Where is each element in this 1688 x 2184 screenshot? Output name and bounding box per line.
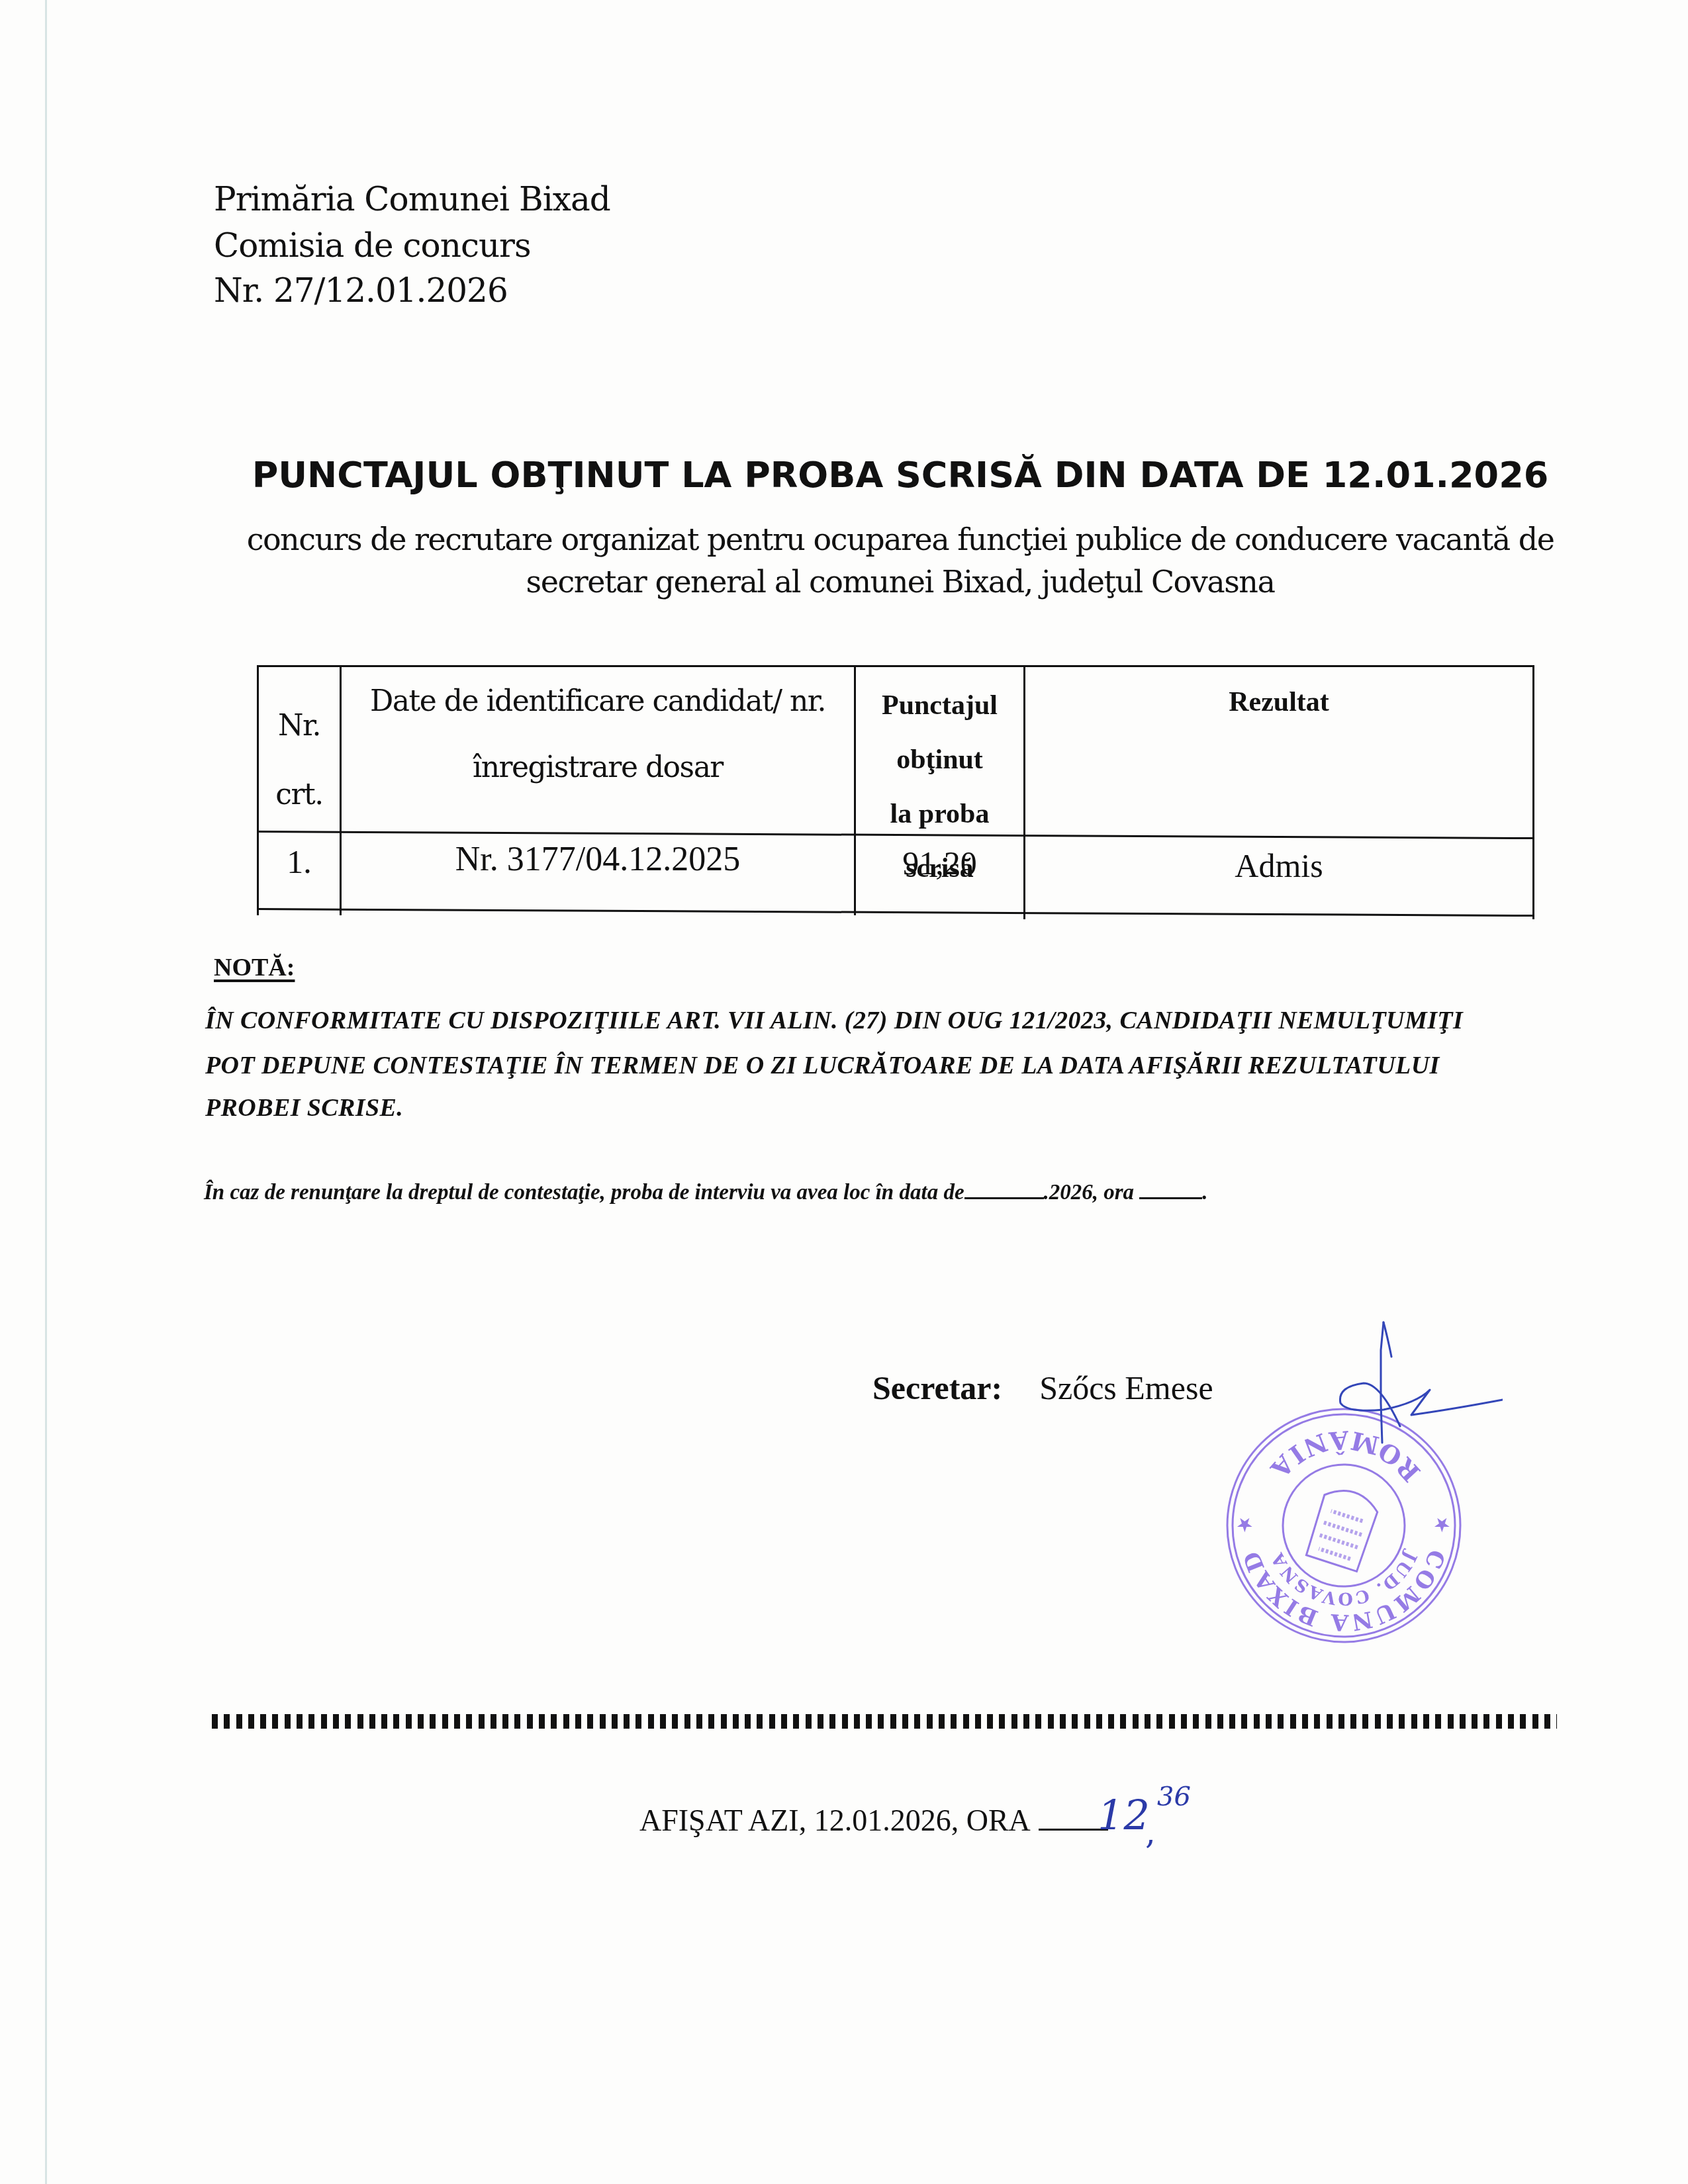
signature-name: Szőcs Emese [1039, 1369, 1213, 1406]
institution-name: Primăria Comunei Bixad [214, 180, 610, 218]
column-header-nr-line1: Nr. [259, 692, 340, 760]
column-header-candidate-line1: Date de identificare candidat/ nr. [342, 668, 854, 735]
handwritten-signature-icon [1317, 1310, 1503, 1456]
column-header-nr-line2: crt. [259, 760, 340, 829]
note-line-2: POT DEPUNE CONTESTAŢIE ÎN TERMEN DE O ZI… [205, 1051, 1440, 1080]
dotted-separator [212, 1714, 1557, 1729]
interview-date-blank [964, 1197, 1044, 1199]
note-label: NOTĂ: [214, 953, 295, 982]
table-border-bottom [257, 908, 1534, 917]
note-line-3: PROBEI SCRISE. [205, 1093, 403, 1122]
cell-candidate: Nr. 3177/04.12.2025 [342, 840, 854, 879]
reference-number: Nr. 27/12.01.2026 [214, 271, 508, 310]
posted-time-hour: 12 [1098, 1791, 1150, 1839]
column-header-candidate: Date de identificare candidat/ nr. înreg… [342, 668, 854, 801]
cell-nr: 1. [259, 842, 340, 881]
interview-notice: În caz de renunţare la dreptul de contes… [204, 1181, 1207, 1205]
column-header-result-line1: Rezultat [1025, 682, 1532, 722]
signature-role: Secretar: [872, 1369, 1002, 1406]
page-title: PUNCTAJUL OBŢINUT LA PROBA SCRISĂ DIN DA… [0, 454, 1688, 496]
handwritten-posted-time: 12 , 36 [1086, 1780, 1218, 1853]
column-header-nr: Nr. crt. [259, 692, 340, 829]
interview-end: . [1202, 1181, 1207, 1205]
svg-text:★: ★ [1237, 1514, 1252, 1534]
subtitle-line-1: concurs de recrutare organizat pentru oc… [0, 522, 1688, 557]
svg-text:★: ★ [1434, 1514, 1450, 1534]
column-header-result: Rezultat [1025, 682, 1532, 722]
commission-name: Comisia de concurs [214, 226, 531, 265]
signature-block: Secretar:Szőcs Emese [872, 1369, 1213, 1407]
column-header-score-line1: Punctajul obţinut [856, 678, 1023, 787]
interview-time-blank [1139, 1197, 1202, 1199]
posted-line: AFIŞAT AZI, 12.01.2026, ORA [639, 1803, 1108, 1838]
note-line-1: ÎN CONFORMITATE CU DISPOZIŢIILE ART. VII… [205, 1006, 1463, 1035]
interview-year-text: .2026, ora [1044, 1181, 1135, 1205]
column-header-candidate-line2: înregistrare dosar [342, 735, 854, 801]
table-border-right [1532, 665, 1534, 919]
cell-score: 91,20 [856, 844, 1023, 882]
results-table: Nr. crt. Date de identificare candidat/ … [257, 665, 1534, 913]
scan-edge [45, 0, 47, 2184]
posted-label: AFIŞAT AZI, 12.01.2026, ORA [639, 1803, 1031, 1837]
posted-time-minutes: 36 [1157, 1782, 1191, 1812]
cell-result: Admis [1025, 846, 1532, 885]
subtitle-line-2: secretar general al comunei Bixad, judeţ… [0, 564, 1688, 600]
table-border-top [257, 665, 1534, 667]
interview-notice-text: În caz de renunţare la dreptul de contes… [204, 1181, 964, 1205]
